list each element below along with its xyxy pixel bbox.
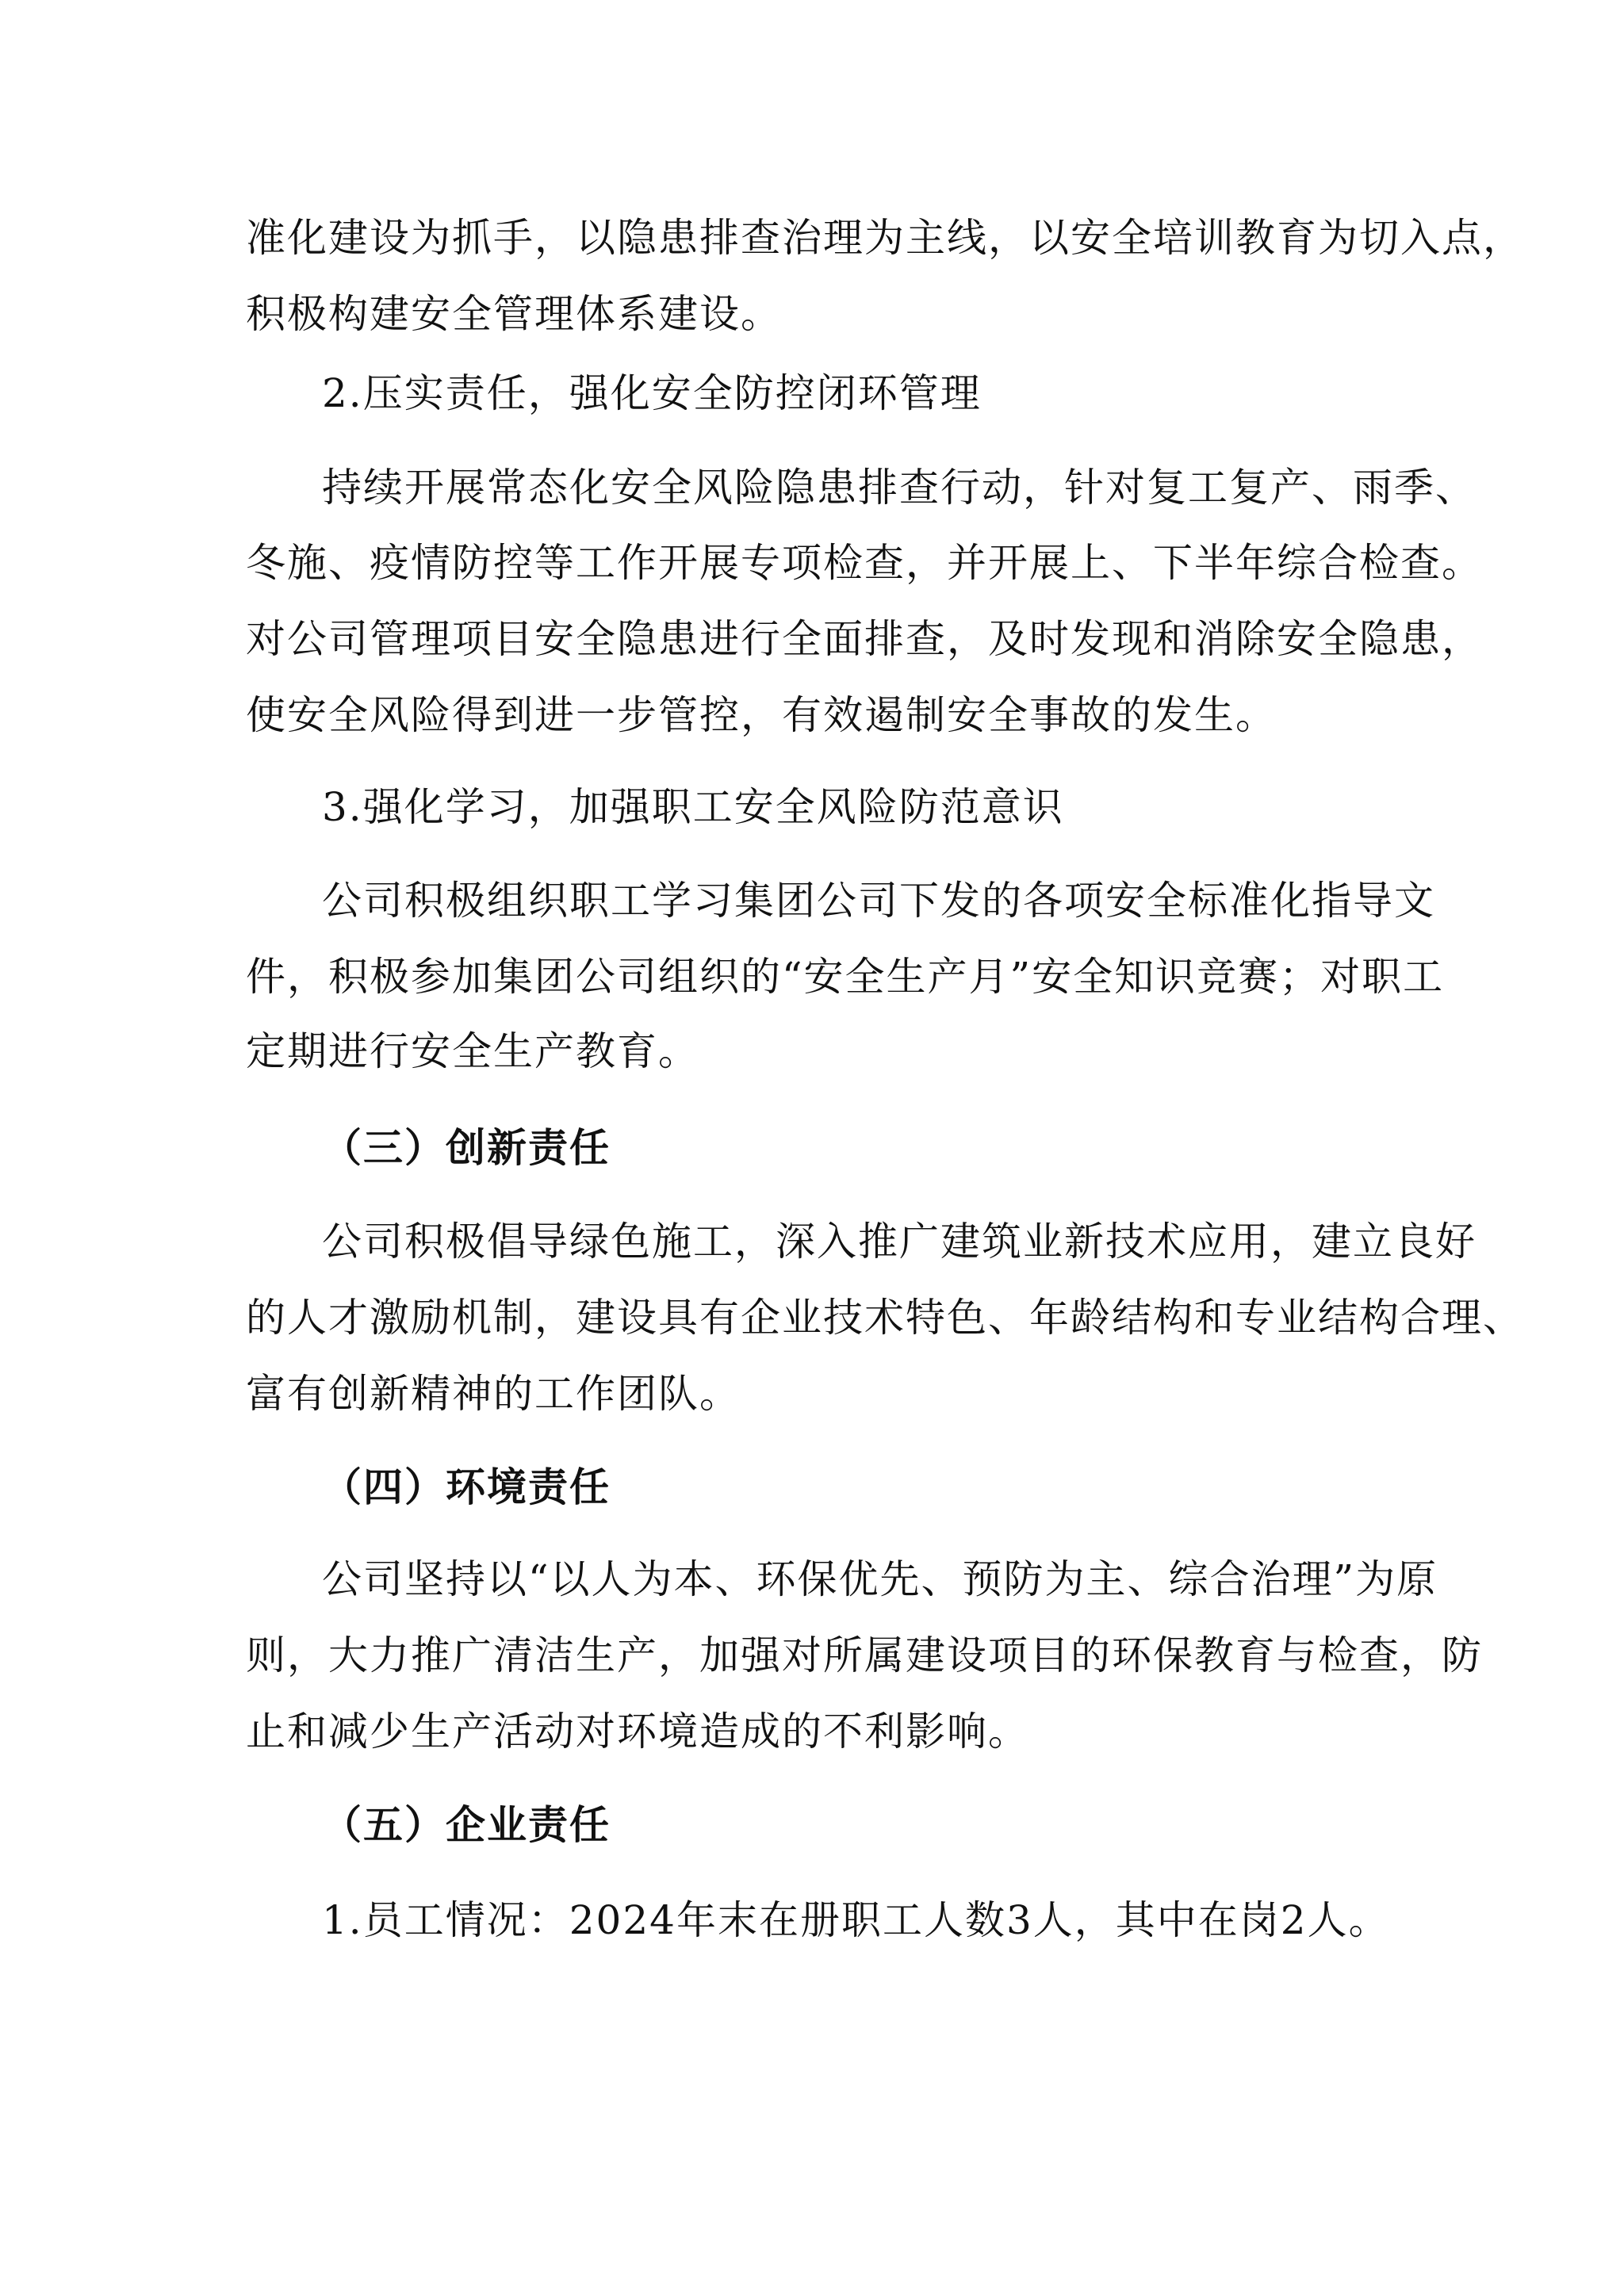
paragraph-line: 富有创新精神的工作团队。 bbox=[246, 1370, 1396, 1418]
paragraph-line: 止和减少生产活动对环境造成的不利影响。 bbox=[246, 1708, 1396, 1755]
subheading-employee-status: 1.员工情况：2024年末在册职工人数3人，其中在岗2人。 bbox=[322, 1896, 1472, 1944]
paragraph-line: 定期进行安全生产教育。 bbox=[246, 1027, 1396, 1075]
paragraph-line: 对公司管理项目安全隐患进行全面排查，及时发现和消除安全隐患， bbox=[246, 615, 1396, 663]
paragraph-line: 件，积极参加集团公司组织的“安全生产月”安全知识竞赛；对职工 bbox=[246, 953, 1396, 1001]
document-page: 准化建设为抓手，以隐患排查治理为主线，以安全培训教育为切入点， 积极构建安全管理… bbox=[0, 0, 1624, 2296]
section-heading-environment: （四）环境责任 bbox=[322, 1464, 1472, 1511]
paragraph-line: 的人才激励机制，建设具有企业技术特色、年龄结构和专业结构合理、 bbox=[246, 1294, 1396, 1341]
paragraph-line: 则，大力推广清洁生产，加强对所属建设项目的环保教育与检查，防 bbox=[246, 1632, 1396, 1679]
paragraph-line: 准化建设为抓手，以隐患排查治理为主线，以安全培训教育为切入点， bbox=[246, 214, 1396, 262]
paragraph-line: 持续开展常态化安全风险隐患排查行动，针对复工复产、雨季、 bbox=[322, 464, 1396, 511]
section-heading-innovation: （三）创新责任 bbox=[322, 1124, 1472, 1172]
paragraph-line: 冬施、疫情防控等工作开展专项检查，并开展上、下半年综合检查。 bbox=[246, 539, 1396, 587]
paragraph-line: 公司积极组织职工学习集团公司下发的各项安全标准化指导文 bbox=[322, 877, 1396, 924]
paragraph-line: 公司坚持以“以人为本、环保优先、预防为主、综合治理”为原 bbox=[322, 1556, 1396, 1603]
paragraph-line: 公司积极倡导绿色施工，深入推广建筑业新技术应用，建立良好 bbox=[322, 1218, 1396, 1265]
subheading-3: 3.强化学习，加强职工安全风险防范意识 bbox=[322, 783, 1472, 831]
section-heading-enterprise: （五）企业责任 bbox=[322, 1801, 1472, 1849]
subheading-2: 2.压实责任，强化安全防控闭环管理 bbox=[322, 369, 1472, 417]
paragraph-line: 积极构建安全管理体系建设。 bbox=[246, 290, 1396, 338]
paragraph-line: 使安全风险得到进一步管控，有效遏制安全事故的发生。 bbox=[246, 691, 1396, 739]
